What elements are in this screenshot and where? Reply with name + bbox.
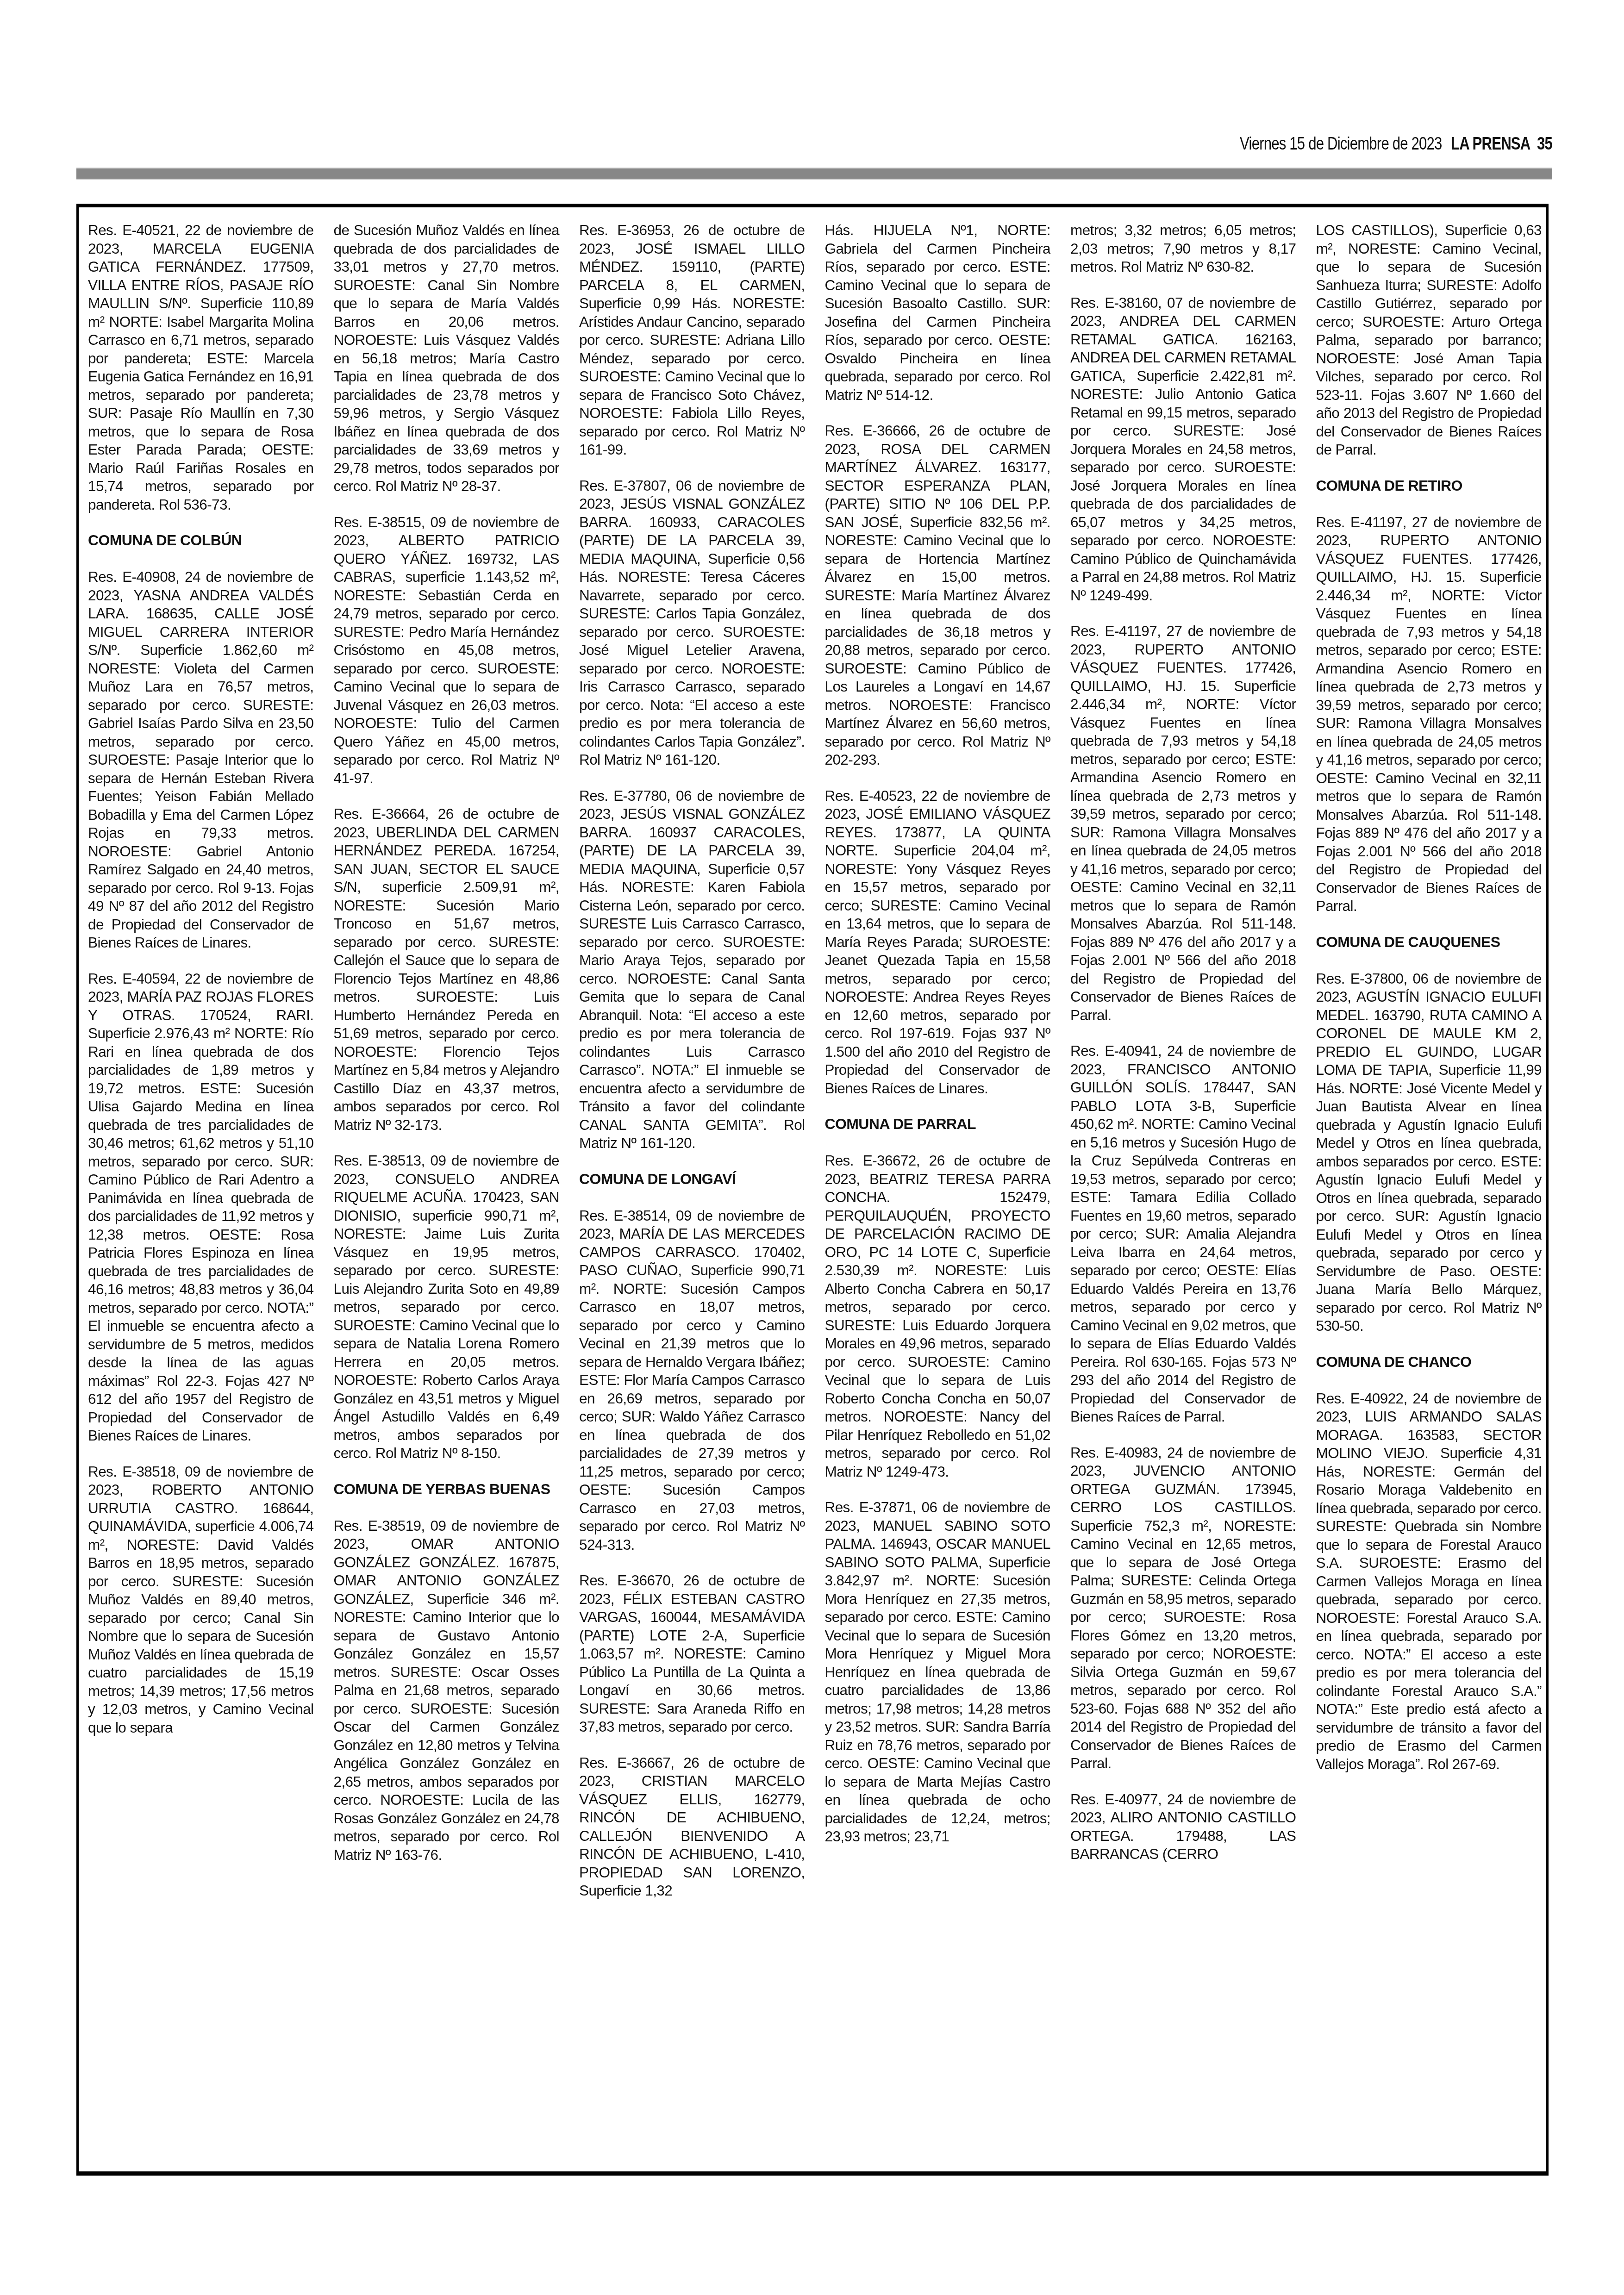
publication-name: LA PRENSA <box>1451 134 1530 154</box>
section-heading: COMUNA DE COLBÚN <box>88 531 314 549</box>
legal-notice: Res. E-37800, 06 de noviembre de 2023, A… <box>1316 970 1542 1335</box>
legal-notice: Res. E-36672, 26 de octubre de 2023, BEA… <box>825 1152 1051 1481</box>
legal-notice: Res. E-38160, 07 de noviembre de 2023, A… <box>1070 294 1296 605</box>
section-heading: COMUNA DE CHANCO <box>1316 1353 1542 1371</box>
publication-date: Viernes 15 de Diciembre de 2023 <box>1240 134 1442 154</box>
legal-notice: Res. E-40594, 22 de noviembre de 2023, M… <box>88 970 314 1445</box>
legal-notice: Res. E-37807, 06 de noviembre de 2023, J… <box>579 477 805 769</box>
legal-notice: Res. E-40977, 24 de noviembre de 2023, A… <box>1070 1790 1296 1864</box>
legal-notice: Res. E-38515, 09 de noviembre de 2023, A… <box>334 513 560 788</box>
legal-notice: Res. E-41197, 27 de noviembre de 2023, R… <box>1316 513 1542 916</box>
legal-notice: Res. E-37871, 06 de noviembre de 2023, M… <box>825 1498 1051 1846</box>
legal-notice: Res. E-38514, 09 de noviembre de 2023, M… <box>579 1207 805 1554</box>
legal-notice: Res. E-40521, 22 de noviembre de 2023, M… <box>88 221 314 514</box>
column-1: Res. E-40521, 22 de noviembre de 2023, M… <box>88 221 314 1918</box>
legal-notice: Res. E-36953, 26 de octubre de 2023, JOS… <box>579 221 805 459</box>
section-heading: COMUNA DE CAUQUENES <box>1316 933 1542 951</box>
section-heading: COMUNA DE PARRAL <box>825 1115 1051 1133</box>
section-heading: COMUNA DE LONGAVÍ <box>579 1170 805 1188</box>
legal-notice: Hás. HIJUELA Nº1, NORTE: Gabriela del Ca… <box>825 221 1051 404</box>
legal-notice: Res. E-36664, 26 de octubre de 2023, UBE… <box>334 805 560 1134</box>
section-heading: COMUNA DE RETIRO <box>1316 477 1542 495</box>
page-number: 35 <box>1537 134 1552 154</box>
section-heading: COMUNA DE YERBAS BUENAS <box>334 1480 560 1498</box>
legal-notice: Res. E-36667, 26 de octubre de 2023, CRI… <box>579 1754 805 1900</box>
legal-notice: Res. E-37780, 06 de noviembre de 2023, J… <box>579 787 805 1153</box>
legal-notice: de Sucesión Muñoz Valdés en línea quebra… <box>334 221 560 496</box>
column-6: LOS CASTILLOS), Superficie 0,63 m², NORE… <box>1316 221 1542 1918</box>
legal-notice: Res. E-40922, 24 de noviembre de 2023, L… <box>1316 1390 1542 1774</box>
legal-notice: Res. E-40523, 22 de noviembre de 2023, J… <box>825 787 1051 1098</box>
column-3: Res. E-36953, 26 de octubre de 2023, JOS… <box>579 221 805 1918</box>
column-4: Hás. HIJUELA Nº1, NORTE: Gabriela del Ca… <box>825 221 1051 1918</box>
notices-columns: Res. E-40521, 22 de noviembre de 2023, M… <box>88 221 1542 1918</box>
page-header: Viernes 15 de Diciembre de 2023 LA PRENS… <box>1240 134 1552 154</box>
header-divider-bar <box>76 168 1552 180</box>
legal-notice: Res. E-40983, 24 de noviembre de 2023, J… <box>1070 1444 1296 1773</box>
legal-notice: Res. E-36670, 26 de octubre de 2023, FÉL… <box>579 1572 805 1736</box>
legal-notice: Res. E-38519, 09 de noviembre de 2023, O… <box>334 1517 560 1865</box>
column-5: metros; 3,32 metros; 6,05 metros; 2,03 m… <box>1070 221 1296 1918</box>
legal-notice: metros; 3,32 metros; 6,05 metros; 2,03 m… <box>1070 221 1296 276</box>
legal-notice: Res. E-40908, 24 de noviembre de 2023, Y… <box>88 568 314 952</box>
legal-notice: Res. E-38518, 09 de noviembre de 2023, R… <box>88 1463 314 1737</box>
legal-notice: Res. E-41197, 27 de noviembre de 2023, R… <box>1070 622 1296 1024</box>
column-2: de Sucesión Muñoz Valdés en línea quebra… <box>334 221 560 1918</box>
legal-notice: Res. E-38513, 09 de noviembre de 2023, C… <box>334 1152 560 1463</box>
legal-notice: Res. E-36666, 26 de octubre de 2023, ROS… <box>825 422 1051 769</box>
legal-notice: LOS CASTILLOS), Superficie 0,63 m², NORE… <box>1316 221 1542 459</box>
legal-notice: Res. E-40941, 24 de noviembre de 2023, F… <box>1070 1042 1296 1426</box>
